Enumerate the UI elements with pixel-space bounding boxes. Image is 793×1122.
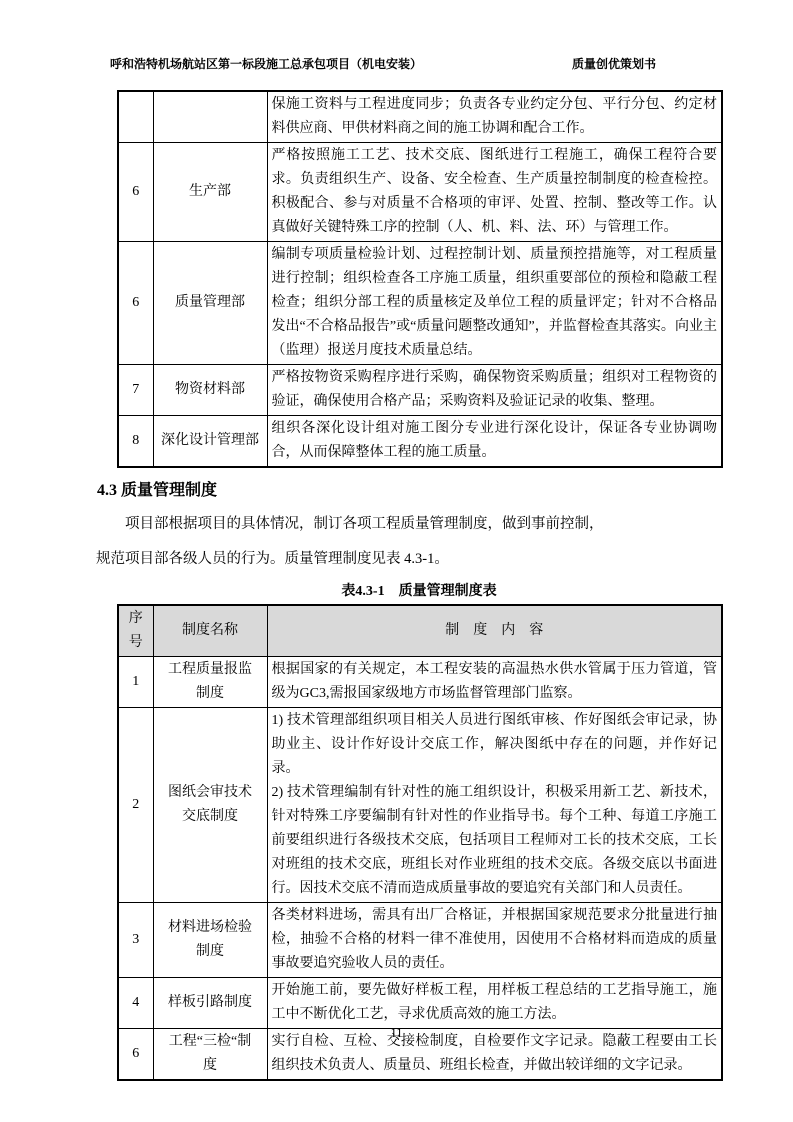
cell-content: 开始施工前，要先做好样板工程，用样板工程总结的工艺指导施工，施工中不断优化工艺，… bbox=[267, 978, 722, 1029]
cell-no bbox=[118, 91, 153, 143]
cell-content: 各类材料进场，需具有出厂合格证，并根据国家规范要求分批量进行抽检，抽验不合格的材… bbox=[267, 903, 722, 978]
table-row: 2 图纸会审技术交底制度 1) 技术管理部组织项目相关人员进行图纸审核、作好图纸… bbox=[118, 708, 722, 903]
cell-duty: 严格按照施工工艺、技术交底、图纸进行工程施工，确保工程符合要求。负责组织生产、设… bbox=[267, 143, 722, 242]
document-page: 呼和浩特机场航站区第一标段施工总承包项目（机电安装） 质量创优策划书 保施工资料… bbox=[0, 0, 793, 1122]
cell-no: 3 bbox=[118, 903, 153, 978]
cell-duty: 编制专项质量检验计划、过程控制计划、质量预控措施等，对工程质量进行控制；组织检查… bbox=[267, 242, 722, 365]
cell-no: 7 bbox=[118, 365, 153, 416]
cell-name: 样板引路制度 bbox=[153, 978, 267, 1029]
cell-no: 8 bbox=[118, 416, 153, 468]
cell-dept: 生产部 bbox=[153, 143, 267, 242]
responsibility-table: 保施工资料与工程进度同步；负责各专业约定分包、平行分包、约定材料供应商、甲供材料… bbox=[117, 90, 723, 468]
cell-content: 根据国家的有关规定，本工程安装的高温热水供水管属于压力管道，管级为GC3,需报国… bbox=[267, 657, 722, 708]
cell-duty: 保施工资料与工程进度同步；负责各专业约定分包、平行分包、约定材料供应商、甲供材料… bbox=[267, 91, 722, 143]
paragraph-line: 项目部根据项目的具体情况，制订各项工程质量管理制度，做到事前控制， bbox=[96, 507, 701, 542]
cell-name: 材料进场检验制度 bbox=[153, 903, 267, 978]
table-row: 8 深化设计管理部 组织各深化设计组对施工图分专业进行深化设计，保证各专业协调吻… bbox=[118, 416, 722, 468]
table-title: 表4.3-1 质量管理制度表 bbox=[117, 583, 721, 601]
section-paragraph: 项目部根据项目的具体情况，制订各项工程质量管理制度，做到事前控制， 规范项目部各… bbox=[96, 507, 701, 577]
doc-header: 呼和浩特机场航站区第一标段施工总承包项目（机电安装） 质量创优策划书 bbox=[96, 57, 701, 71]
cell-duty: 组织各深化设计组对施工图分专业进行深化设计，保证各专业协调吻合，从而保障整体工程… bbox=[267, 416, 722, 468]
cell-no: 4 bbox=[118, 978, 153, 1029]
cell-dept: 质量管理部 bbox=[153, 242, 267, 365]
cell-no: 6 bbox=[118, 143, 153, 242]
header-right-text: 质量创优策划书 bbox=[572, 57, 656, 71]
cell-no: 1 bbox=[118, 657, 153, 708]
cell-no: 6 bbox=[118, 242, 153, 365]
table-row-continuation: 保施工资料与工程进度同步；负责各专业约定分包、平行分包、约定材料供应商、甲供材料… bbox=[118, 91, 722, 143]
section-heading: 4.3 质量管理制度 bbox=[97, 480, 701, 502]
page-number: 11 bbox=[0, 1026, 793, 1041]
system-table: 序号 制度名称 制 度 内 容 1 工程质量报监制度 根据国家的有关规定，本工程… bbox=[117, 604, 723, 1081]
paragraph-line: 规范项目部各级人员的行为。质量管理制度见表 4.3-1。 bbox=[96, 542, 701, 577]
table-row: 4 样板引路制度 开始施工前，要先做好样板工程，用样板工程总结的工艺指导施工，施… bbox=[118, 978, 722, 1029]
header-cell-name: 制度名称 bbox=[153, 605, 267, 657]
cell-dept: 深化设计管理部 bbox=[153, 416, 267, 468]
cell-dept bbox=[153, 91, 267, 143]
header-left-text: 呼和浩特机场航站区第一标段施工总承包项目（机电安装） bbox=[110, 57, 422, 71]
cell-name: 工程质量报监制度 bbox=[153, 657, 267, 708]
cell-no: 2 bbox=[118, 708, 153, 903]
cell-dept: 物资材料部 bbox=[153, 365, 267, 416]
cell-content: 1) 技术管理部组织项目相关人员进行图纸审核、作好图纸会审记录，协助业主、设计作… bbox=[267, 708, 722, 903]
cell-duty: 严格按物资采购程序进行采购，确保物资采购质量；组织对工程物资的验证，确保使用合格… bbox=[267, 365, 722, 416]
header-cell-no: 序号 bbox=[118, 605, 153, 657]
table-row: 3 材料进场检验制度 各类材料进场，需具有出厂合格证，并根据国家规范要求分批量进… bbox=[118, 903, 722, 978]
table-row: 6 生产部 严格按照施工工艺、技术交底、图纸进行工程施工，确保工程符合要求。负责… bbox=[118, 143, 722, 242]
table-row: 6 质量管理部 编制专项质量检验计划、过程控制计划、质量预控措施等，对工程质量进… bbox=[118, 242, 722, 365]
table-row: 1 工程质量报监制度 根据国家的有关规定，本工程安装的高温热水供水管属于压力管道… bbox=[118, 657, 722, 708]
cell-name: 图纸会审技术交底制度 bbox=[153, 708, 267, 903]
table-header-row: 序号 制度名称 制 度 内 容 bbox=[118, 605, 722, 657]
table-row: 7 物资材料部 严格按物资采购程序进行采购，确保物资采购质量；组织对工程物资的验… bbox=[118, 365, 722, 416]
header-cell-content: 制 度 内 容 bbox=[267, 605, 722, 657]
